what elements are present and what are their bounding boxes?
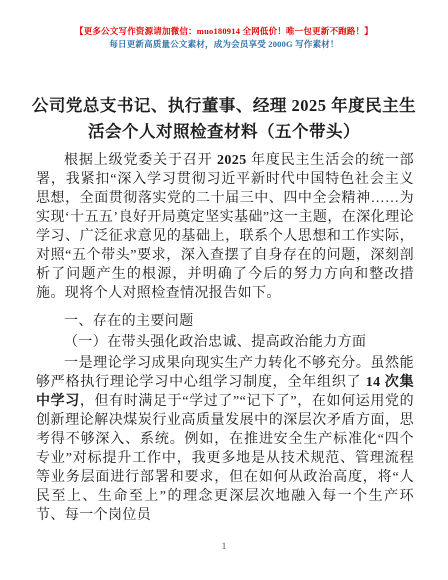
document-body: 根据上级党委关于召开 2025 年度民主生活会的统一部署，我紧扣“深入学习贯彻习… (36, 151, 414, 525)
promo-banner-line-1: 【更多公文写作资源请加微信：muo180914 全网低价！唯一包更新不跑路！】 (0, 25, 448, 38)
emphasized-text: 2025 (217, 153, 247, 168)
paragraph: 根据上级党委关于召开 2025 年度民主生活会的统一部署，我紧扣“深入学习贯彻习… (36, 151, 414, 303)
text-run: 年度民主生活会的统一部署，我紧扣“深入学习贯彻习近平新时代中国特色社会主义思想，… (36, 153, 414, 301)
promo-banner-line-2: 每日更新高质量公文素材，成为会员享受 2000G 写作素材！ (0, 38, 448, 51)
text-run: 一、存在的主要问题 (64, 314, 194, 329)
document-title: 公司党总支书记、执行董事、经理 2025 年度民主生活会个人对照检查材料（五个带… (28, 93, 420, 145)
page-number: 1 (0, 542, 448, 552)
text-run: ，但有时满足于“学过了”“记下了”，在如何运用党的创新理论解决煤炭行业高质量发展… (36, 394, 414, 523)
text-run: 根据上级党委关于召开 (64, 153, 217, 168)
text-run: （一）在带头强化政治忠诚、提高政治能力方面 (64, 335, 366, 350)
document-page: 【更多公文写作资源请加微信：muo180914 全网低价！唯一包更新不跑路！】 … (0, 0, 448, 580)
text-run: 一是理论学习成果向现实生产力转化不够充分。虽然能够严格执行理论学习中心组学习制度… (36, 356, 414, 390)
paragraph: 一是理论学习成果向现实生产力转化不够充分。虽然能够严格执行理论学习中心组学习制度… (36, 354, 414, 525)
heading1: 一、存在的主要问题 (36, 312, 414, 331)
heading2: （一）在带头强化政治忠诚、提高政治能力方面 (36, 333, 414, 352)
promo-banner: 【更多公文写作资源请加微信：muo180914 全网低价！唯一包更新不跑路！】 … (0, 0, 448, 51)
